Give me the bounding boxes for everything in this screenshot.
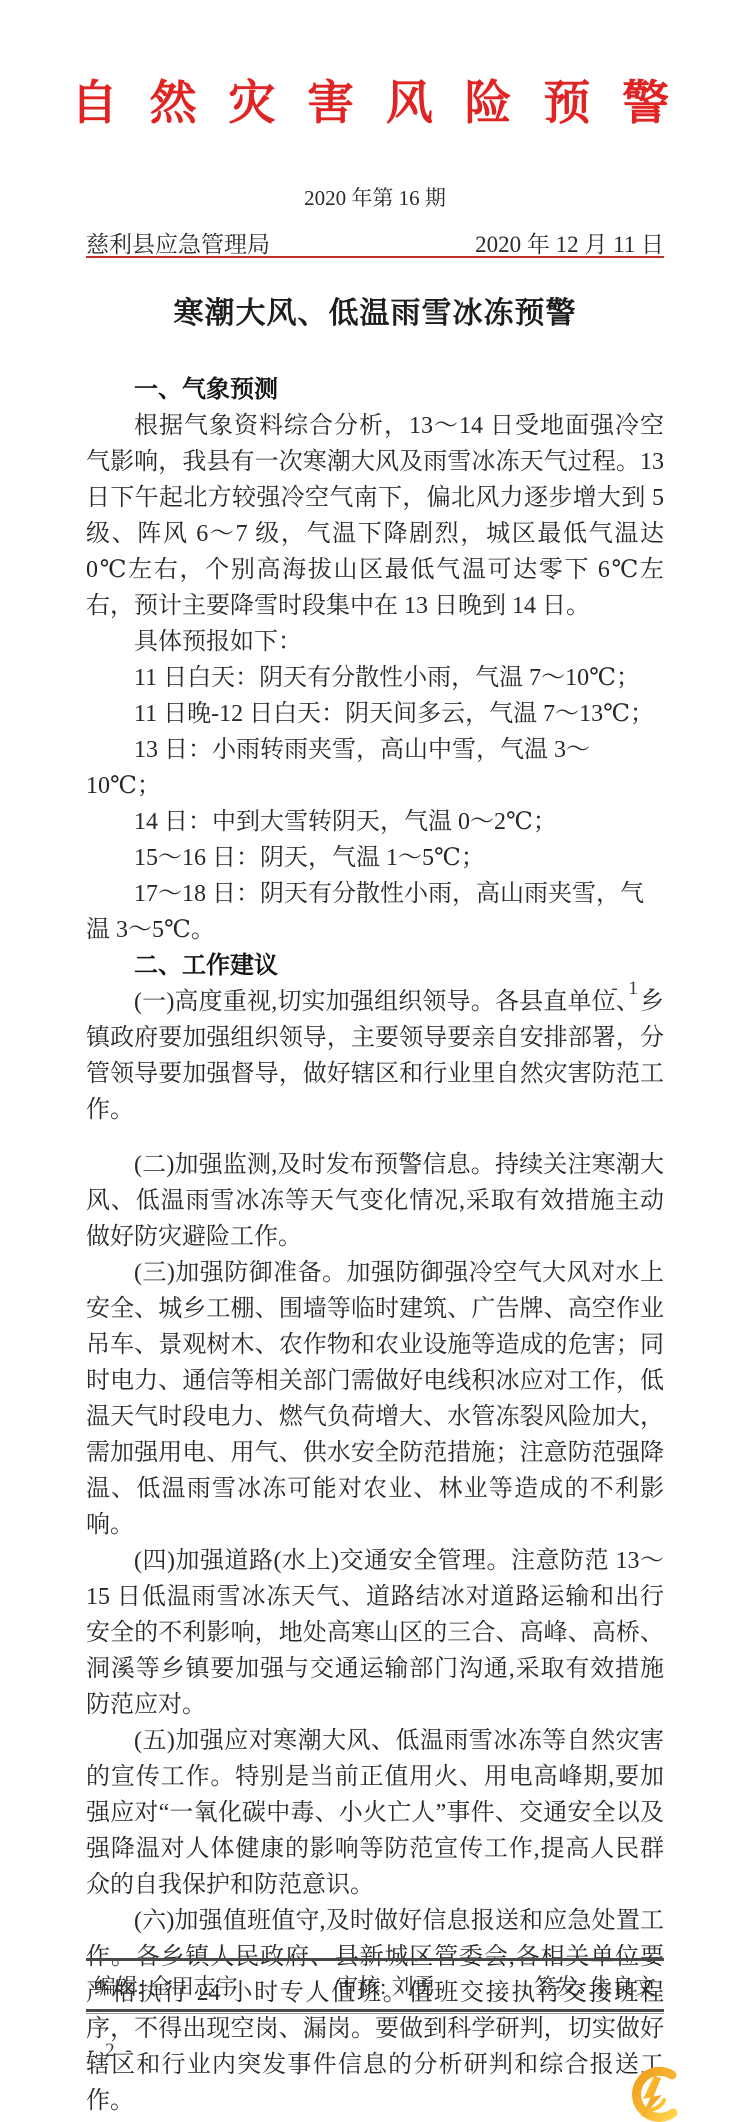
footer-names-row: 编辑: 全田志宇 审核: 刘勇 签发: 朱良文 bbox=[86, 1970, 664, 2009]
reviewer-field: 审核: 刘勇 bbox=[336, 1970, 436, 2001]
editor-label: 编辑: bbox=[94, 1974, 144, 1999]
issuing-org: 慈利县应急管理局 bbox=[86, 226, 270, 259]
signer-field: 签发: 朱良文 bbox=[534, 1970, 656, 2001]
footer-bottom-rule bbox=[86, 2009, 664, 2014]
page-number-2: - 2 - bbox=[88, 2040, 135, 2062]
forecast-lead: 具体预报如下： bbox=[86, 624, 664, 660]
work-item-4: (四)加强道路(水上)交通安全管理。注意防范 13～15 日低温雨雪冰冻天气、道… bbox=[86, 1543, 664, 1723]
issue-date: 2020 年 12 月 11 日 bbox=[475, 226, 664, 259]
emblem-logo-icon bbox=[620, 2066, 686, 2122]
page1-body: 一、气象预测 根据气象资料综合分析，13～14 日受地面强冷空气影响，我县有一次… bbox=[86, 372, 664, 1128]
work-item-5: (五)加强应对寒潮大风、低温雨雪冰冻等自然灾害的宣传工作。特别是当前正值用火、用… bbox=[86, 1723, 664, 1903]
document-title: 寒潮大风、低温雨雪冰冻预警 bbox=[0, 288, 750, 332]
issuer-row: 慈利县应急管理局 2020 年 12 月 11 日 bbox=[86, 226, 664, 259]
page-number-1: - 1 - bbox=[611, 978, 658, 1000]
emblem-logo bbox=[620, 2066, 686, 2122]
section1-intro-paragraph: 根据气象资料综合分析，13～14 日受地面强冷空气影响，我县有一次寒潮大风及雨雪… bbox=[86, 408, 664, 624]
work-item-2: (二)加强监测,及时发布预警信息。持续关注寒潮大风、低温雨雪冰冻等天气变化情况,… bbox=[86, 1147, 664, 1255]
work-item-1: (一)高度重视,切实加强组织领导。各县直单位、乡镇政府要加强组织领导，主要领导要… bbox=[86, 984, 664, 1128]
forecast-line: 17～18 日：阴天有分散性小雨，高山雨夹雪，气温 3～5℃。 bbox=[86, 876, 664, 948]
masthead-title: 自 然 灾 害 风 险 预 警 bbox=[0, 66, 750, 133]
forecast-line: 11 日晚-12 日白天：阴天间多云，气温 7～13℃； bbox=[86, 696, 664, 732]
reviewer-name: 刘勇 bbox=[392, 1974, 436, 1999]
work-item-3: (三)加强防御准备。加强防御强冷空气大风对水上安全、城乡工棚、围墙等临时建筑、广… bbox=[86, 1255, 664, 1543]
reviewer-label: 审核: bbox=[336, 1974, 386, 1999]
red-divider-rule bbox=[86, 256, 664, 258]
forecast-line: 11 日白天：阴天有分散性小雨，气温 7～10℃； bbox=[86, 660, 664, 696]
document-page: 自 然 灾 害 风 险 预 警 2020 年第 16 期 慈利县应急管理局 20… bbox=[0, 0, 750, 2122]
signature-footer: 编辑: 全田志宇 审核: 刘勇 签发: 朱良文 bbox=[86, 1958, 664, 2014]
signer-label: 签发: bbox=[534, 1974, 584, 1999]
editor-name: 全田志宇 bbox=[150, 1974, 238, 1999]
editor-field: 编辑: 全田志宇 bbox=[94, 1970, 238, 2001]
forecast-line: 15～16 日：阴天，气温 1～5℃； bbox=[86, 840, 664, 876]
section1-heading: 一、气象预测 bbox=[86, 372, 664, 408]
signer-name: 朱良文 bbox=[590, 1974, 656, 1999]
issue-number: 2020 年第 16 期 bbox=[0, 182, 750, 212]
forecast-line: 14 日：中到大雪转阴天，气温 0～2℃； bbox=[86, 804, 664, 840]
section2-heading: 二、工作建议 bbox=[86, 948, 664, 984]
forecast-line: 13 日：小雨转雨夹雪，高山中雪，气温 3～10℃； bbox=[86, 732, 664, 804]
